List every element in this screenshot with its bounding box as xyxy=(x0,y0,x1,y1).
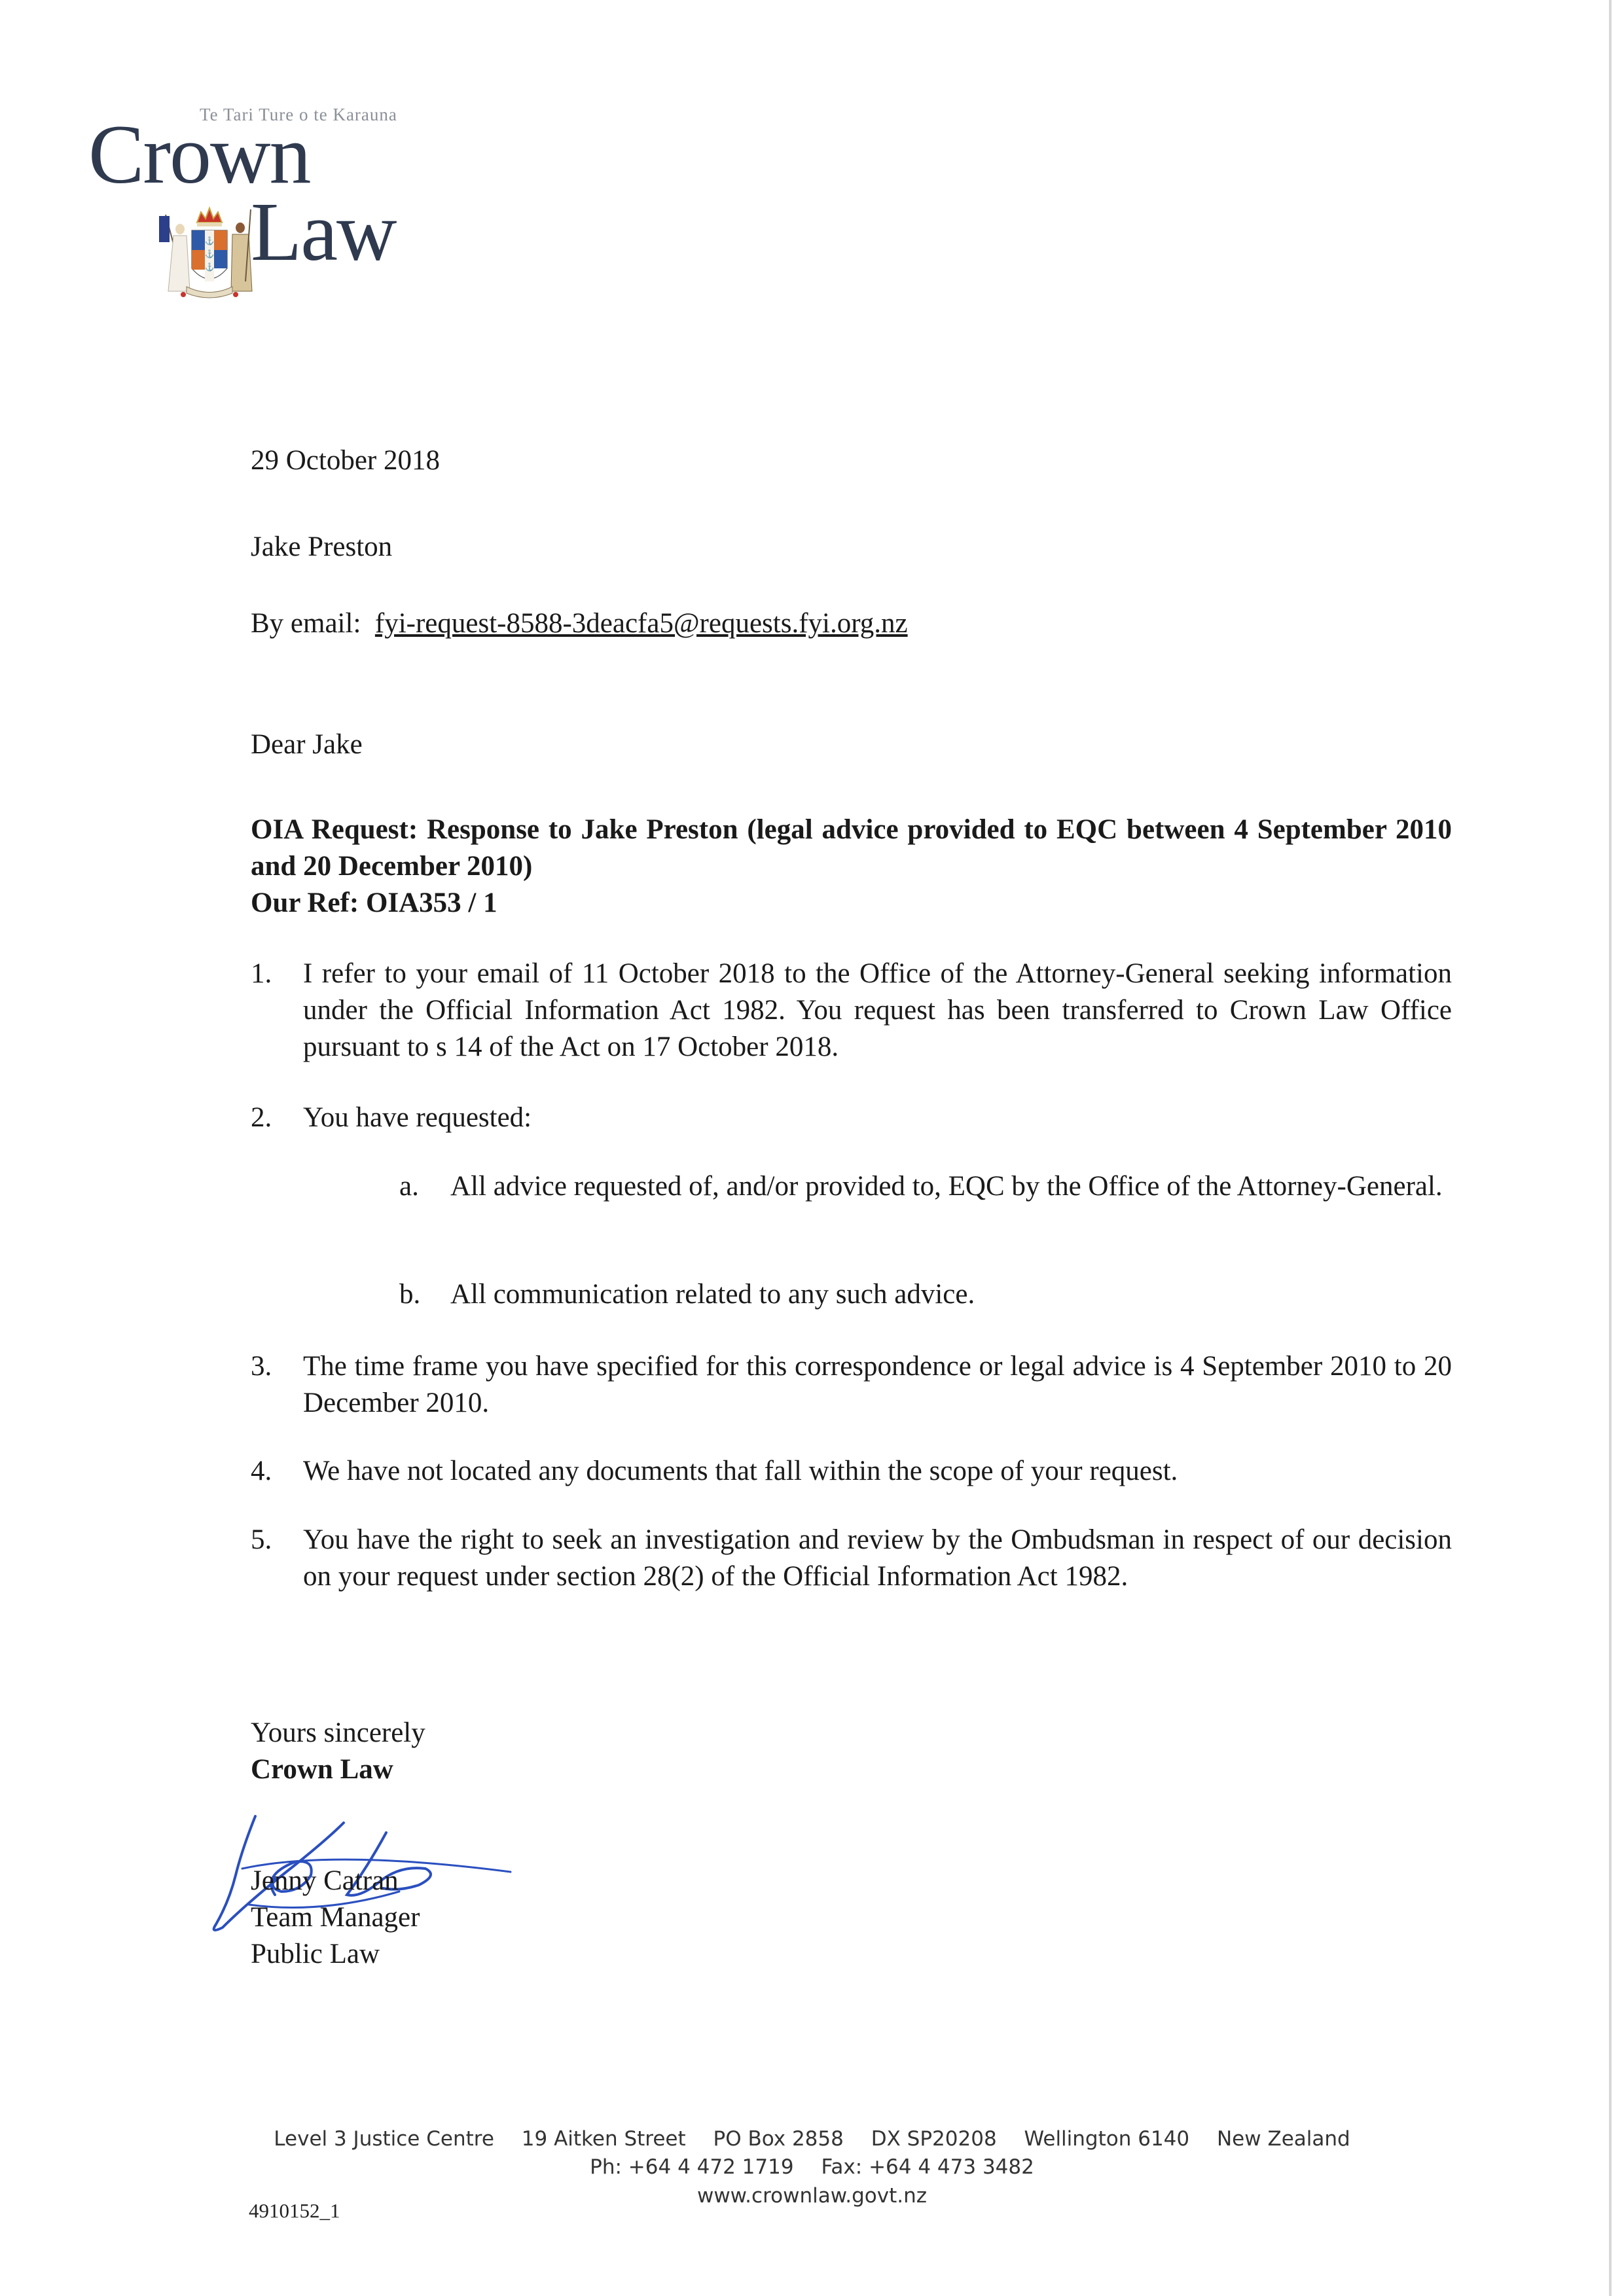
scanner-edge-line xyxy=(1609,0,1612,2296)
paragraph-text: I refer to your email of 11 October 2018… xyxy=(303,956,1452,1066)
salutation: Dear Jake xyxy=(251,726,363,763)
paragraph-3: 3. The time frame you have specified for… xyxy=(251,1348,1452,1424)
nz-coat-of-arms-icon: ⚓ ⚓ ⚓ xyxy=(154,203,265,301)
letter-date: 29 October 2018 xyxy=(251,442,440,479)
paragraph-2: 2. You have requested: xyxy=(251,1100,1452,1139)
paragraph-5: 5. You have the right to seek an investi… xyxy=(251,1522,1452,1597)
svg-text:⚓: ⚓ xyxy=(205,249,215,259)
footer-phone: Ph: +64 4 472 1719 xyxy=(590,2155,793,2179)
paragraph-4: 4. We have not located any documents tha… xyxy=(251,1453,1452,1492)
subitem-letter: b. xyxy=(399,1276,439,1313)
footer-fax: Fax: +64 4 473 3482 xyxy=(821,2155,1034,2179)
footer-address-part: PO Box 2858 xyxy=(713,2127,844,2151)
paragraph-number: 1. xyxy=(251,956,290,992)
footer-address-part: Wellington 6140 xyxy=(1024,2127,1190,2151)
footer-address: Level 3 Justice Centre 19 Aitken Street … xyxy=(0,2127,1624,2151)
footer-website-row: www.crownlaw.govt.nz xyxy=(0,2184,1624,2208)
signoff-organisation: Crown Law xyxy=(251,1751,393,1788)
footer-address-part: Level 3 Justice Centre xyxy=(274,2127,494,2151)
recipient-email-link[interactable]: fyi-request-8588-3deacfa5@requests.fyi.o… xyxy=(375,608,908,639)
paragraph-text: The time frame you have specified for th… xyxy=(303,1348,1452,1422)
svg-text:⚓: ⚓ xyxy=(205,236,215,245)
subitem-text: All communication related to any such ad… xyxy=(450,1276,1452,1313)
subject-heading: OIA Request: Response to Jake Preston (l… xyxy=(251,812,1452,885)
email-label: By email: xyxy=(251,608,361,639)
paragraph-1: 1. I refer to your email of 11 October 2… xyxy=(251,956,1452,1067)
subitem-letter: a. xyxy=(399,1168,439,1205)
crown-law-logo: Te Tari Ture o te Karauna Crown Law ⚓ ⚓ … xyxy=(88,105,455,301)
paragraph-number: 5. xyxy=(251,1522,290,1558)
paragraph-text: You have requested: xyxy=(303,1100,1452,1136)
paragraph-number: 2. xyxy=(251,1100,290,1136)
footer-contact: Ph: +64 4 472 1719 Fax: +64 4 473 3482 xyxy=(0,2155,1624,2179)
signatory-name: Jenny Catran xyxy=(251,1863,399,1899)
paragraph-number: 3. xyxy=(251,1348,290,1385)
closing: Yours sincerely xyxy=(251,1715,425,1751)
our-reference: Our Ref: OIA353 / 1 xyxy=(251,885,497,922)
footer-website-link[interactable]: www.crownlaw.govt.nz xyxy=(697,2184,927,2208)
subitem-b: b. All communication related to any such… xyxy=(399,1276,1452,1316)
svg-text:⚓: ⚓ xyxy=(205,262,215,272)
footer-address-part: New Zealand xyxy=(1217,2127,1350,2151)
paragraph-text: We have not located any documents that f… xyxy=(303,1453,1452,1490)
subitem-text: All advice requested of, and/or provided… xyxy=(450,1168,1452,1205)
signatory-title: Team Manager xyxy=(251,1899,420,1936)
paragraph-number: 4. xyxy=(251,1453,290,1490)
logo-wordmark-crown: Crown xyxy=(88,113,310,196)
document-reference-number: 4910152_1 xyxy=(249,2199,340,2223)
email-line: By email: fyi-request-8588-3deacfa5@requ… xyxy=(251,605,908,642)
signatory-unit: Public Law xyxy=(251,1936,380,1973)
footer-address-part: DX SP20208 xyxy=(871,2127,997,2151)
paragraph-text: You have the right to seek an investigat… xyxy=(303,1522,1452,1595)
subitem-a: a. All advice requested of, and/or provi… xyxy=(399,1168,1452,1244)
recipient-name: Jake Preston xyxy=(251,529,392,565)
footer-address-part: 19 Aitken Street xyxy=(522,2127,686,2151)
logo-wordmark-law: Law xyxy=(251,190,395,274)
